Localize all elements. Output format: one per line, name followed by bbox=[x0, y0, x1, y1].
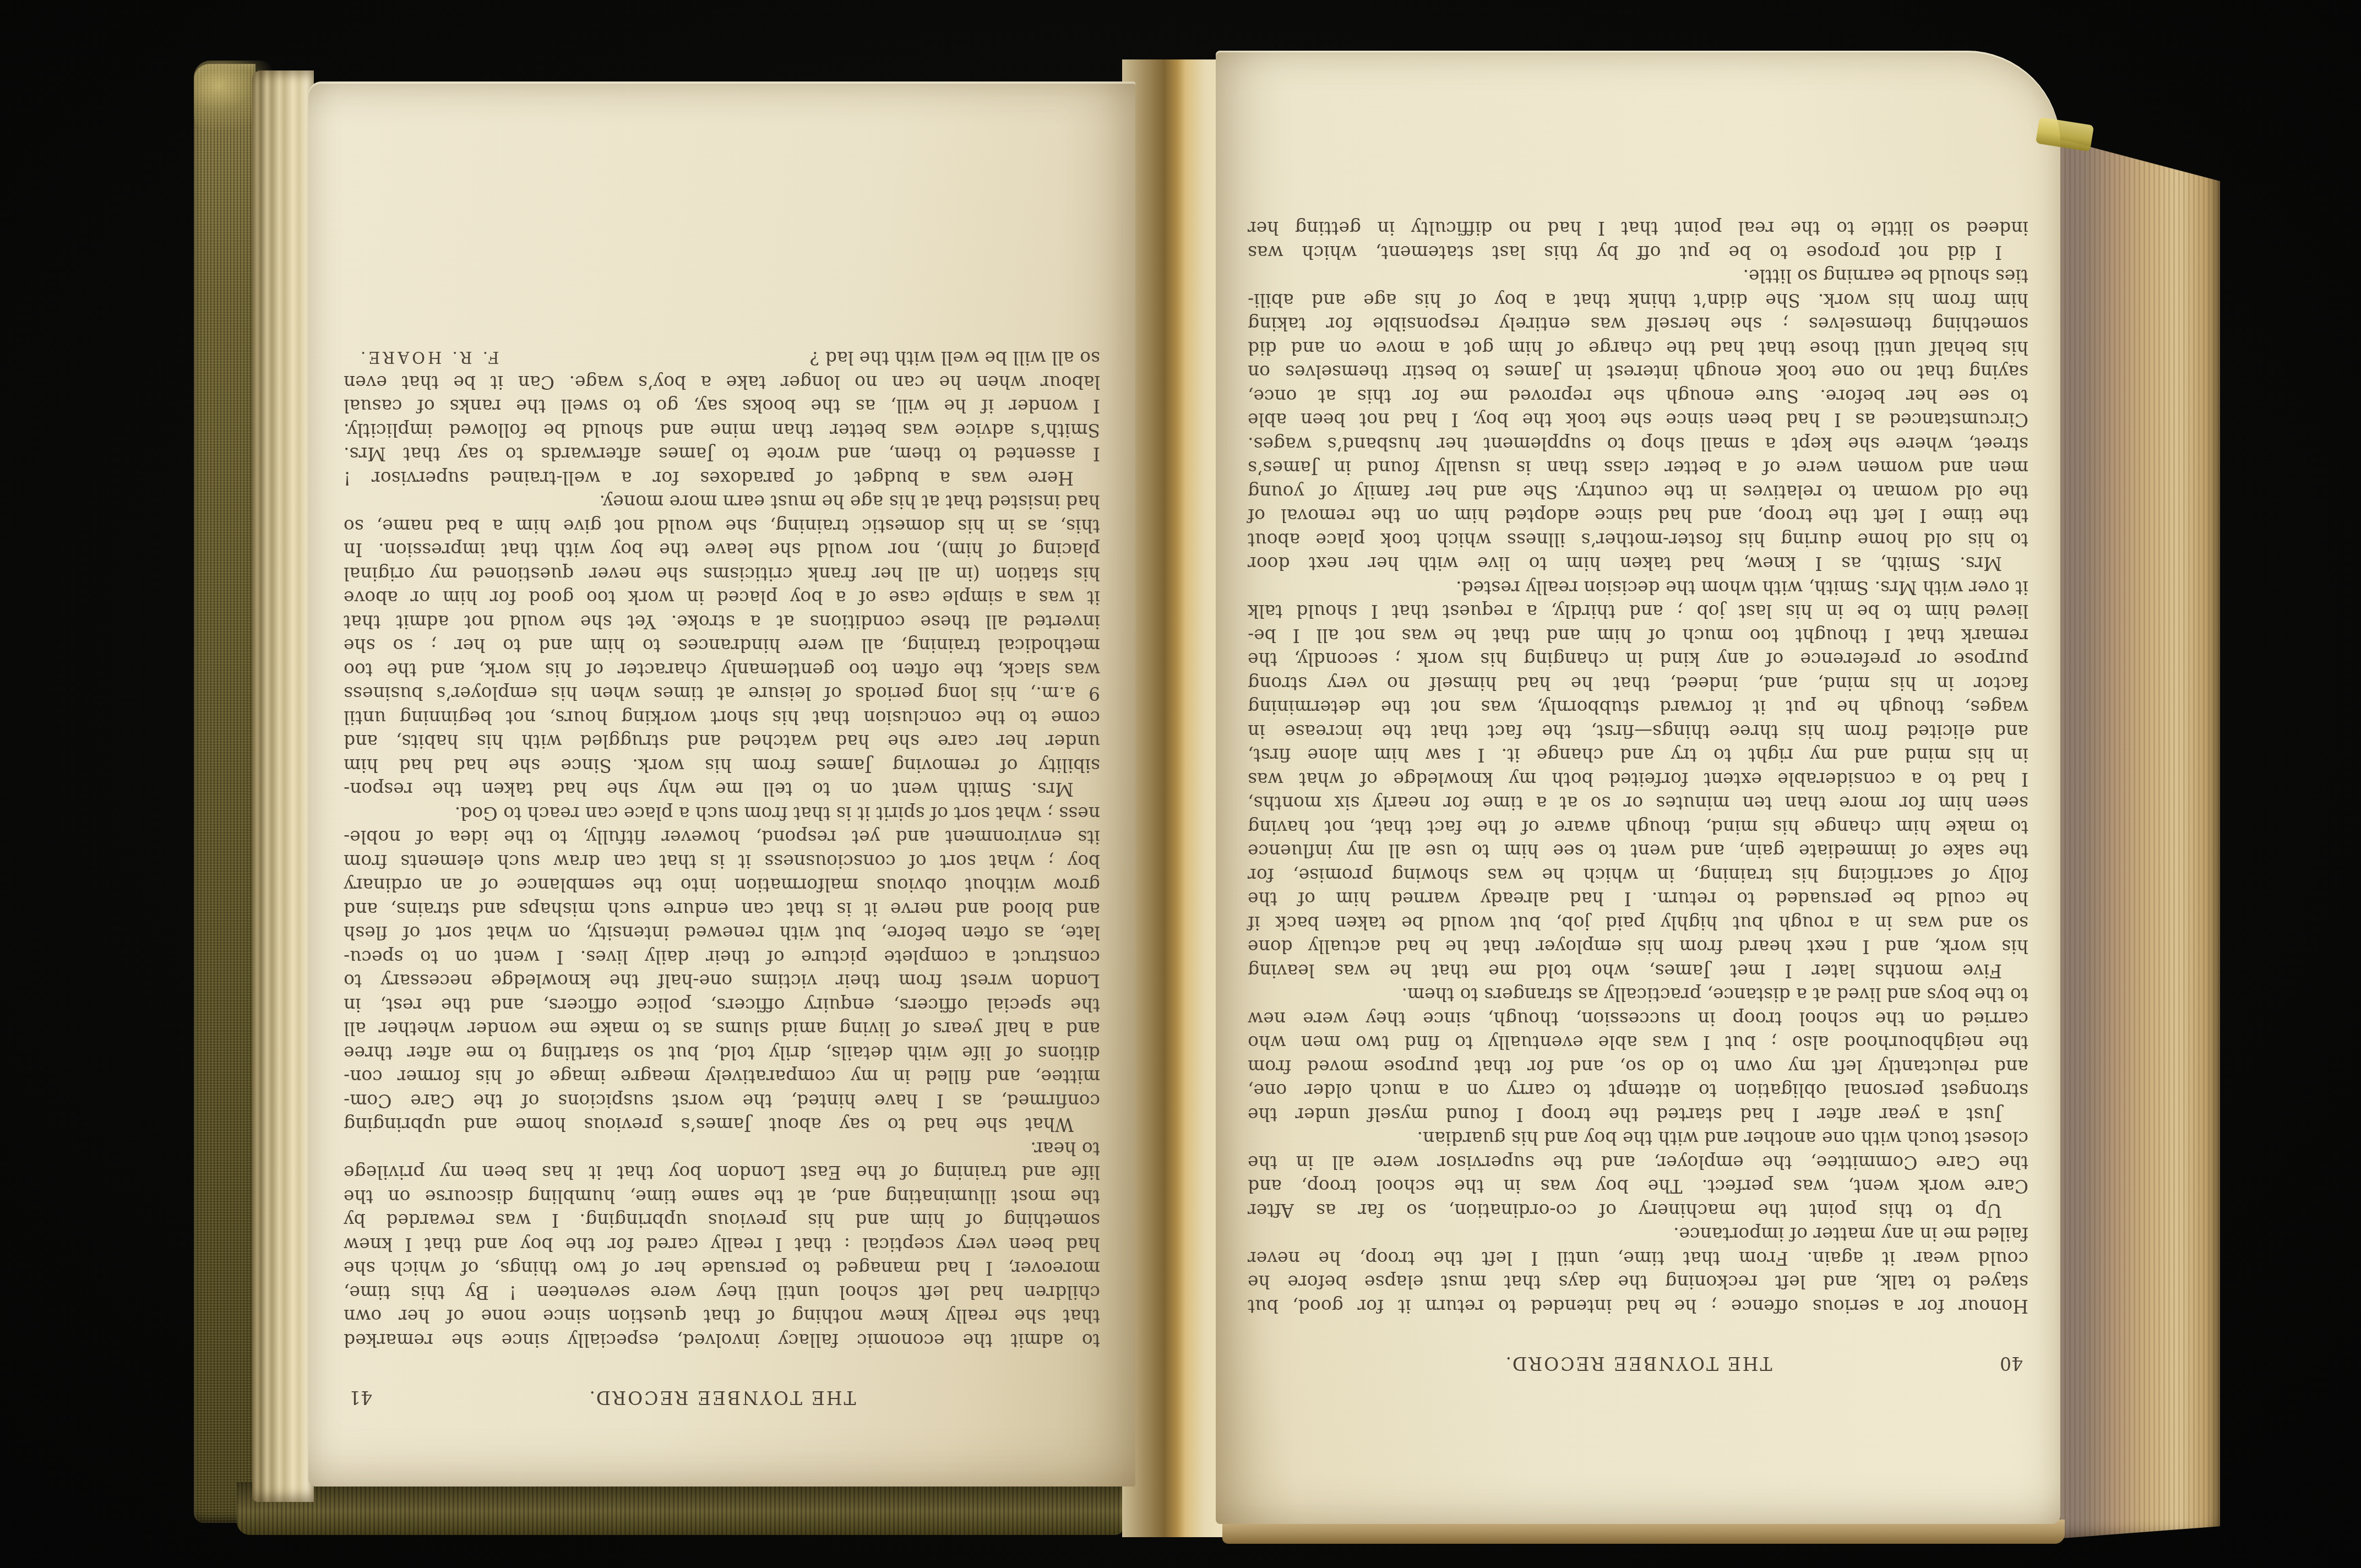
text-line: London wrest from their victims one-half… bbox=[344, 969, 1100, 993]
text-line: in his mind and my right to try and chan… bbox=[1248, 743, 2028, 767]
text-line: this, as in his domestic training, she w… bbox=[344, 514, 1100, 538]
text-line: that she really knew nothing of that que… bbox=[344, 1304, 1100, 1329]
page-41-header: THE TOYNBEE RECORD. 41 bbox=[344, 1385, 1100, 1409]
author-signature: F. R. HOARE. bbox=[358, 345, 499, 369]
text-line: indeed so little to the real point that … bbox=[1248, 216, 2028, 241]
book-gutter-fold bbox=[1122, 59, 1228, 1537]
page-41: THE TOYNBEE RECORD. 41 to admit the econ… bbox=[308, 81, 1135, 1487]
text-line: closest touch with one another and with … bbox=[1248, 1126, 2028, 1151]
text-line: strongest personal obligation to attempt… bbox=[1248, 1079, 2028, 1103]
text-line: I assented to them, and wrote to James a… bbox=[344, 442, 1100, 466]
text-line: to his old home during his foster-mother… bbox=[1248, 528, 2028, 552]
text-line: and elicited from his three things—first… bbox=[1248, 720, 2028, 744]
text-line: sibility of removing James from his work… bbox=[344, 754, 1100, 778]
text-line: ness ; what sort of spirit it is that fr… bbox=[344, 802, 1100, 826]
text-line: I had to a considerable extent forfeited… bbox=[1248, 767, 2028, 792]
paragraph: What she had to say about James’s previo… bbox=[344, 802, 1100, 1137]
text-line: Here was a budget of paradoxes for a wel… bbox=[344, 466, 1100, 491]
paragraph: I did not propose to be put off by this … bbox=[1248, 216, 2028, 264]
text-line: had insisted that at his age he must ear… bbox=[344, 490, 1100, 514]
text-line: construct a complete picture of their da… bbox=[344, 945, 1100, 970]
page-40-header: 40 THE TOYNBEE RECORD. bbox=[1248, 1351, 2028, 1375]
paragraph: Just a year after I had started the troo… bbox=[1248, 983, 2028, 1126]
text-line: the sake of immediate gain, and went to … bbox=[1248, 839, 2028, 863]
book-cover-cloth-edge bbox=[194, 64, 255, 1523]
text-line: Care work went, was perfect. The boy was… bbox=[1248, 1174, 2028, 1199]
text-line: come to the conclusion that his short wo… bbox=[344, 706, 1100, 730]
text-line: Up to this point the machinery of co-ord… bbox=[1248, 1199, 2028, 1223]
text-line: could wear it again. From that time, unt… bbox=[1248, 1246, 2028, 1271]
text-line: its environment and yet respond, however… bbox=[344, 825, 1100, 850]
page-41-body: to admit the economic fallacy involved, … bbox=[344, 345, 1100, 1352]
text-line: to the boys and lived at a distance, pra… bbox=[1248, 983, 2028, 1007]
paragraph: Five months later I met James, who told … bbox=[1248, 576, 2028, 983]
text-line: under her care she had watched and strug… bbox=[344, 729, 1100, 754]
text-line: so and was in a rough but highly paid jo… bbox=[1248, 911, 2028, 935]
text-line: purpose or preference of any kind in cha… bbox=[1248, 647, 2028, 672]
text-line: something of him and his previous upbrin… bbox=[344, 1208, 1100, 1233]
paragraph: to admit the economic fallacy involved, … bbox=[344, 1137, 1100, 1353]
text-line: and a half years of living amid slums as… bbox=[344, 1017, 1100, 1041]
text-line: What she had to say about James’s previo… bbox=[344, 1113, 1100, 1137]
text-line: moreover, I had managed to persuade her … bbox=[344, 1256, 1100, 1281]
text-line: 9 a.m., his long periods of leisure at t… bbox=[344, 682, 1100, 706]
text-line: stayed to talk, and left reckoning the d… bbox=[1248, 1270, 2028, 1294]
text-line: something themselves ; she herself was e… bbox=[1248, 312, 2028, 336]
text-line: his work, and I next heard from his empl… bbox=[1248, 935, 2028, 959]
text-line: had been very sceptical : that I really … bbox=[344, 1233, 1100, 1257]
cover-bottom-edge bbox=[237, 1482, 1123, 1535]
text-line: methodical training, all were hindrances… bbox=[344, 634, 1100, 658]
paragraph: Up to this point the machinery of co-ord… bbox=[1248, 1126, 2028, 1222]
text-line: street, where she kept a small shop to s… bbox=[1248, 432, 2028, 456]
text-line: the most illuminating and, at the same t… bbox=[344, 1185, 1100, 1209]
text-line: I did not propose to be put off by this … bbox=[1248, 241, 2028, 265]
text-line: and reluctantly left my own to do so, an… bbox=[1248, 1055, 2028, 1079]
text-line: he could be persuaded to return. I had a… bbox=[1248, 887, 2028, 911]
text-line: saying that no one took enough interest … bbox=[1248, 360, 2028, 384]
text-line: ditions of life with details, drily told… bbox=[344, 1041, 1100, 1065]
running-head: THE TOYNBEE RECORD. bbox=[344, 1386, 1100, 1410]
text-line: remark that I thought too much of him an… bbox=[1248, 624, 2028, 648]
text-line: was slack, the often too gentlemanly cha… bbox=[344, 658, 1100, 682]
text-line: placing of him), nor would she leave the… bbox=[344, 538, 1100, 562]
paragraph: Here was a budget of paradoxes for a wel… bbox=[344, 371, 1100, 491]
page-number: 41 bbox=[349, 1386, 372, 1410]
text-line: inverted all these conditions at a strok… bbox=[344, 610, 1100, 634]
text-line: lieved him to be in his last job ; and t… bbox=[1248, 600, 2028, 624]
page-40-body: Honour for a serious offence ; he had in… bbox=[1248, 216, 2028, 1318]
text-line: boy ; what sort of consciousness it is t… bbox=[344, 850, 1100, 874]
text-line: folly of sacrificing his training, in wh… bbox=[1248, 863, 2028, 888]
text-line: Five months later I met James, who told … bbox=[1248, 959, 2028, 983]
text-line: the time I left the troop, and had since… bbox=[1248, 504, 2028, 528]
text-line: to admit the economic fallacy involved, … bbox=[344, 1329, 1100, 1353]
text-line: Mrs. Smith, as I knew, had taken him to … bbox=[1248, 552, 2028, 576]
text-line: children had left school until they were… bbox=[344, 1281, 1100, 1305]
text-line: the special officers, enquiry officers, … bbox=[344, 993, 1100, 1017]
running-head: THE TOYNBEE RECORD. bbox=[1248, 1352, 2028, 1376]
left-page-edge-stack bbox=[252, 70, 314, 1502]
text-line: to make him change his mind, though awar… bbox=[1248, 815, 2028, 840]
text-line: grow without obvious malformation into t… bbox=[344, 873, 1100, 897]
text-line: the neighbourhood also ; but I was able … bbox=[1248, 1031, 2028, 1055]
text-line: mittee, and filled in my comparatively m… bbox=[344, 1065, 1100, 1089]
text-line: the old woman to relatives in the countr… bbox=[1248, 480, 2028, 504]
text-line: men and women were of a better class tha… bbox=[1248, 456, 2028, 480]
photograph-of-open-book: THE TOYNBEE RECORD. 41 to admit the econ… bbox=[0, 0, 2361, 1568]
paragraph: Mrs. Smith went on to tell me why she ha… bbox=[344, 490, 1100, 802]
closing-text: so all will be well with the lad ? bbox=[810, 346, 1100, 371]
text-line: wages, though he put it forward stubborn… bbox=[1248, 695, 2028, 720]
text-line: and blood and nerve it is that can endur… bbox=[344, 897, 1100, 922]
text-line: ties should be earning so little. bbox=[1248, 264, 2028, 288]
paragraph: Mrs. Smith, as I knew, had taken him to … bbox=[1248, 264, 2028, 576]
text-line: to see her before. Sure enough she repro… bbox=[1248, 384, 2028, 409]
text-line: Mrs. Smith went on to tell me why she ha… bbox=[344, 777, 1100, 802]
text-line: it over with Mrs. Smith, with whom the d… bbox=[1248, 576, 2028, 600]
text-line: his behalf until those that had the char… bbox=[1248, 336, 2028, 361]
text-line: him from his work. She didn’t think that… bbox=[1248, 288, 2028, 313]
text-line: his station (in all her frank criticisms… bbox=[344, 562, 1100, 586]
text-line: to hear. bbox=[344, 1137, 1100, 1161]
text-line: seen him for more than ten minutes or so… bbox=[1248, 791, 2028, 815]
text-line: the Care Committee, the employer, and th… bbox=[1248, 1151, 2028, 1175]
text-line: Honour for a serious offence ; he had in… bbox=[1248, 1294, 2028, 1319]
closing-line: so all will be well with the lad ?F. R. … bbox=[344, 345, 1100, 371]
text-line: I wonder if he will, as the books say, g… bbox=[344, 394, 1100, 418]
page-41-rotated-content: THE TOYNBEE RECORD. 41 to admit the econ… bbox=[308, 81, 1135, 1487]
text-line: it was a simple case of a boy placed in … bbox=[344, 586, 1100, 610]
paragraph: Honour for a serious offence ; he had in… bbox=[1248, 1222, 2028, 1318]
text-line: factor in his mind, and, indeed, that he… bbox=[1248, 672, 2028, 696]
page-40: 40 THE TOYNBEE RECORD. Honour for a seri… bbox=[1216, 51, 2060, 1524]
text-line: Smith’s advice was better than mine and … bbox=[344, 418, 1100, 443]
text-line: late, as often before, but with renewed … bbox=[344, 921, 1100, 945]
text-line: carried on the school troop in successio… bbox=[1248, 1007, 2028, 1031]
text-line: Just a year after I had started the troo… bbox=[1248, 1103, 2028, 1127]
text-line: failed me in any matter of importance. bbox=[1248, 1222, 2028, 1246]
text-line: Circumstanced as I had been since she to… bbox=[1248, 408, 2028, 432]
text-line: confirmed, as I have hinted, the worst s… bbox=[344, 1089, 1100, 1113]
text-line: labour when he can no longer take a boy’… bbox=[344, 371, 1100, 395]
text-line: life and training of the East London boy… bbox=[344, 1161, 1100, 1185]
page-40-rotated-content: 40 THE TOYNBEE RECORD. Honour for a seri… bbox=[1216, 51, 2060, 1524]
